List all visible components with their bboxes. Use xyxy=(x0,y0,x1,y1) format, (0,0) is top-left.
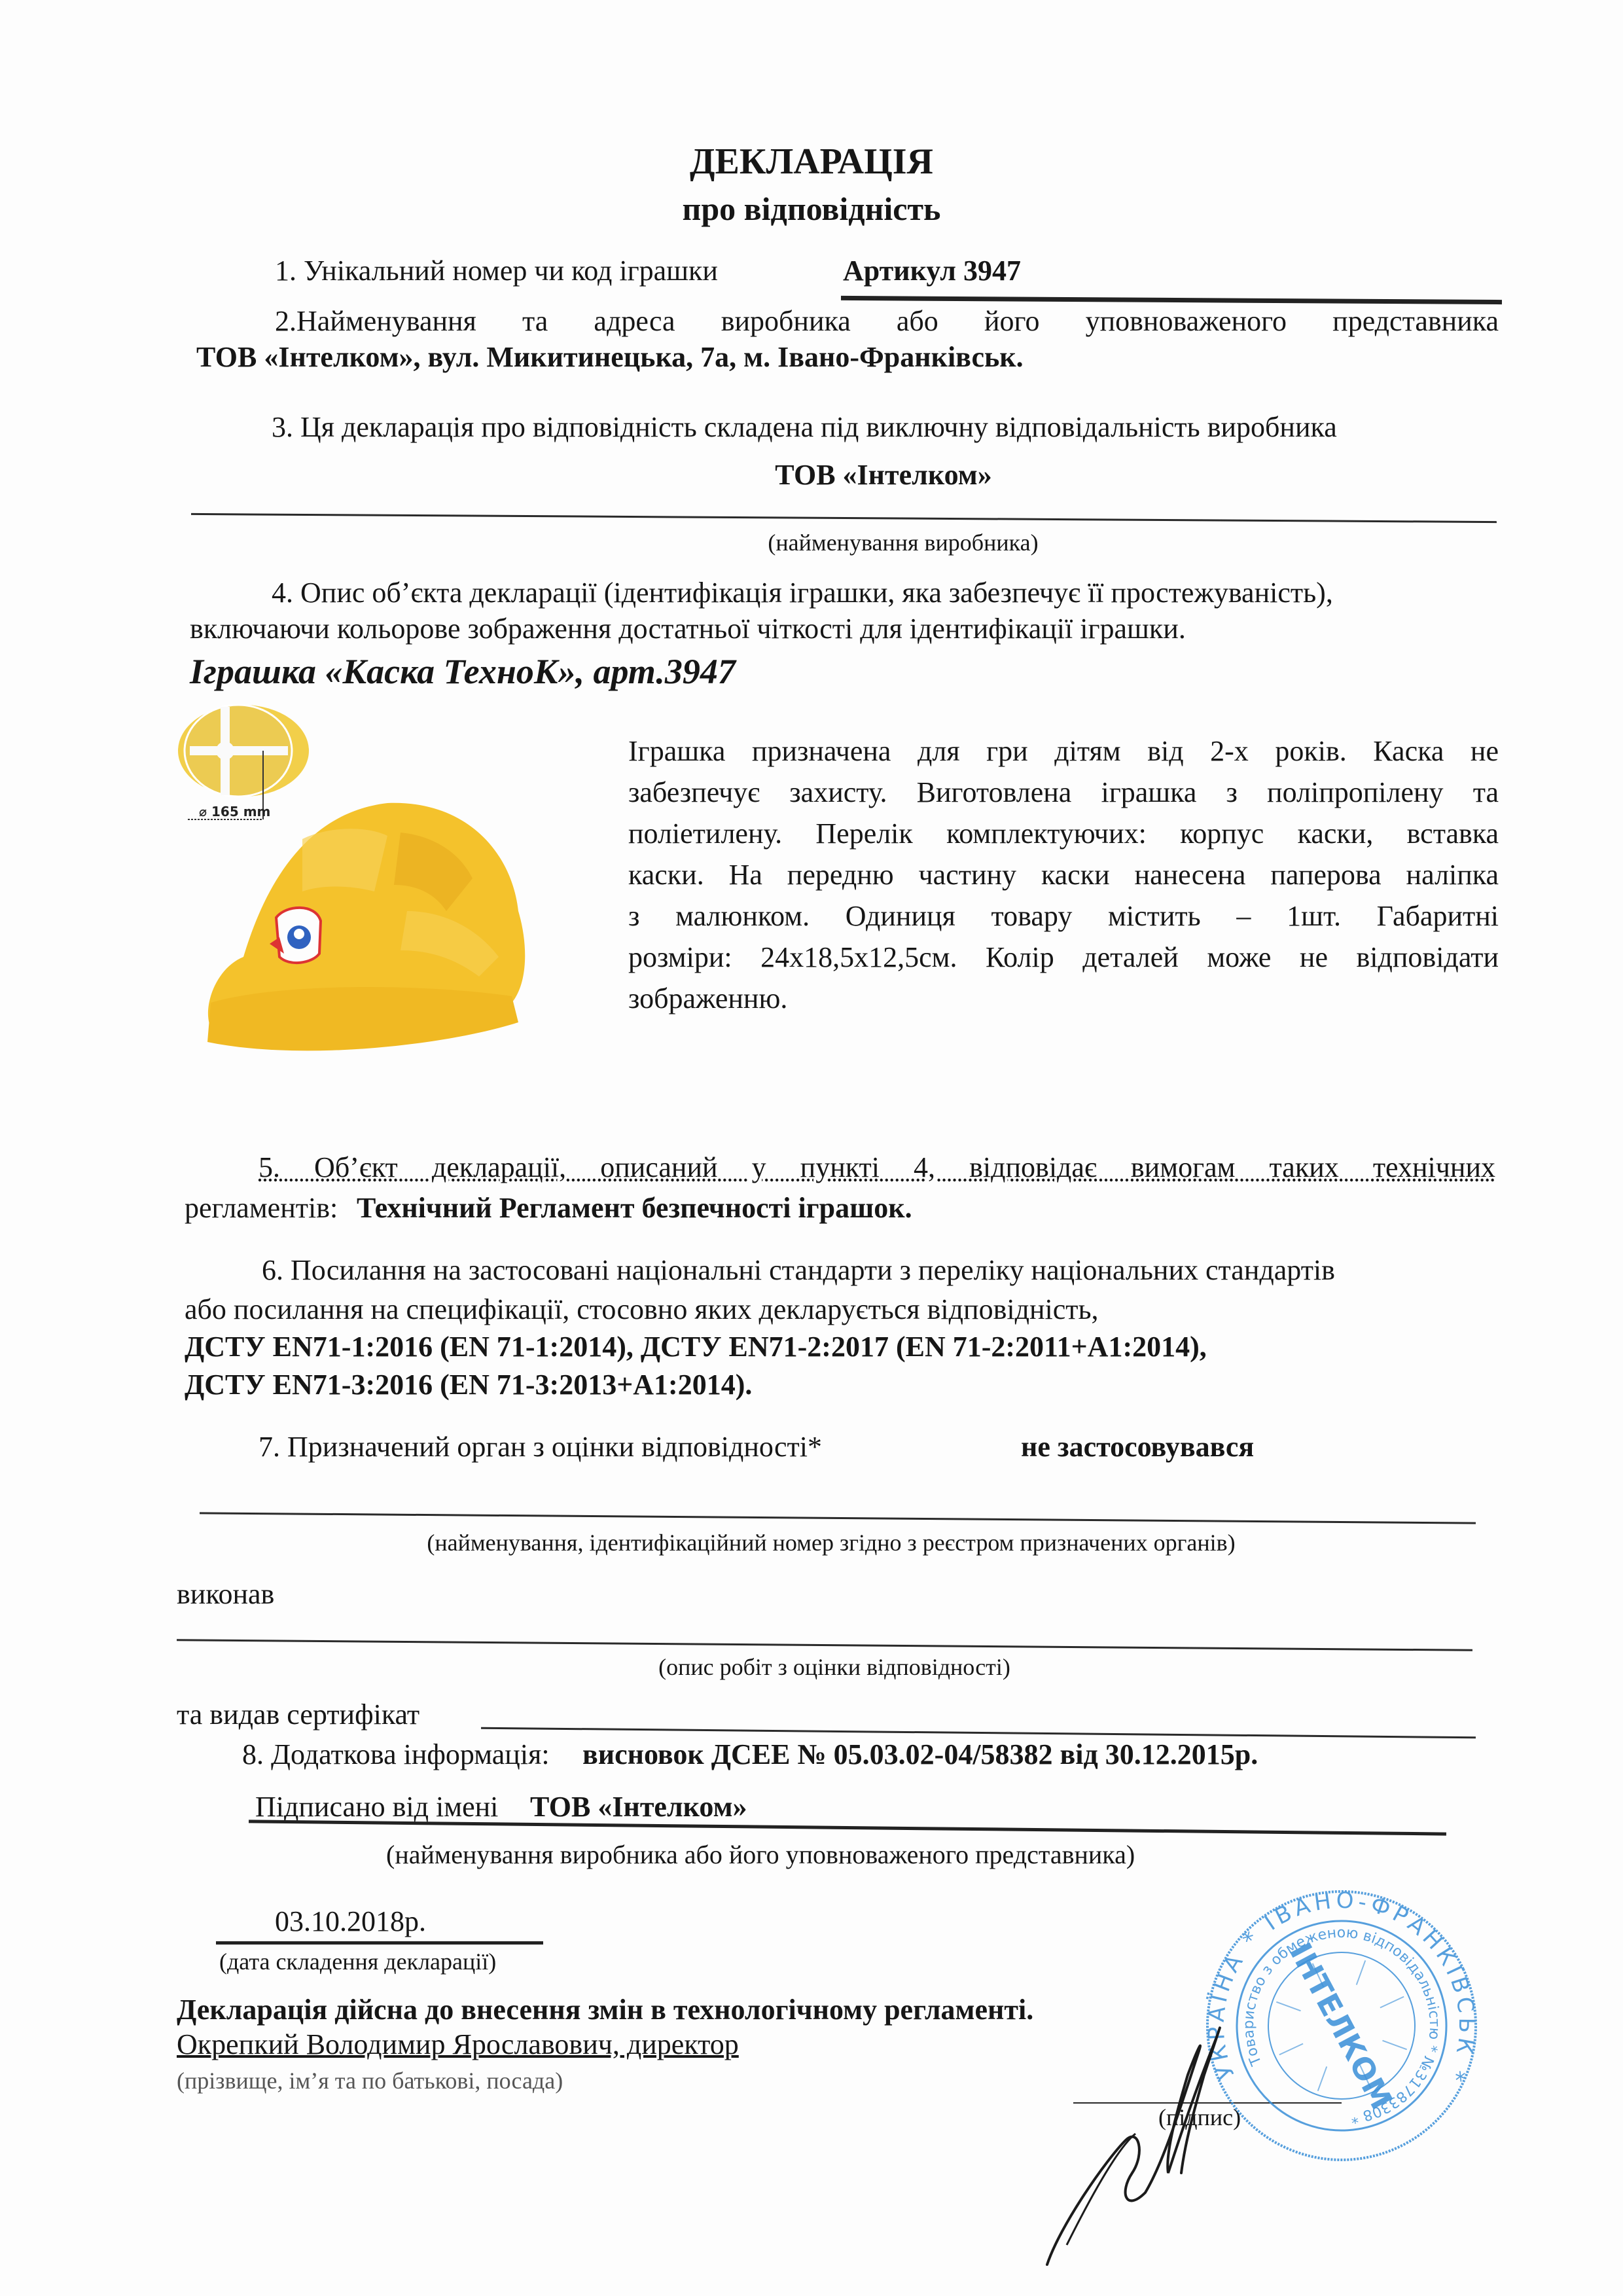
item7-certificate-label: та видав сертифікат xyxy=(177,1698,419,1732)
item7-caption2: (опис робіт з оцінки відповідності) xyxy=(0,1653,1623,1681)
item6-line2: або посилання на специфікації, стосовно … xyxy=(185,1293,1099,1327)
item5-prefix: регламентів: xyxy=(185,1191,338,1226)
helmet-illustration: ⌀ 165 mm xyxy=(171,695,603,1101)
item8-value: висновок ДСЕЕ № 05.03.02-04/58382 від 30… xyxy=(582,1738,1258,1772)
item2-label: 2.Найменування та адреса виробника або й… xyxy=(275,304,1499,339)
item3-caption: (найменування виробника) xyxy=(0,529,1623,556)
item6-standards-line2: ДСТУ EN71-3:2016 (EN 71-3:2013+A1:2014). xyxy=(185,1368,752,1403)
item7-underline1 xyxy=(200,1512,1476,1524)
product-title: Іграшка «Каска ТехноК», арт.3947 xyxy=(190,651,736,692)
description-line: розміри: 24х18,5х12,5см. Колір деталей м… xyxy=(628,937,1499,978)
product-description: Іграшка призначена для гри дітям від 2-х… xyxy=(628,730,1499,1019)
signatory-caption: (прізвище, ім’я та по батькові, посада) xyxy=(177,2067,563,2094)
item1-label: 1. Унікальний номер чи код іграшки xyxy=(275,254,718,289)
description-line: каски. На передню частину каски нанесена… xyxy=(628,854,1499,895)
signed-prefix: Підписано від імені xyxy=(255,1790,498,1825)
helmet-top-view xyxy=(178,705,309,819)
item3-label: 3. Ця декларація про відповідність склад… xyxy=(272,410,1337,445)
date-underline xyxy=(216,1941,543,1945)
description-line: Іграшка призначена для гри дітям від 2-х… xyxy=(628,730,1499,772)
item8-label: 8. Додаткова інформація: xyxy=(242,1738,550,1772)
item1-underline xyxy=(841,296,1502,304)
document-subtitle: про відповідність xyxy=(0,190,1623,228)
signatory-name: Окрепкий Володимир Ярославович, директор xyxy=(177,2028,739,2062)
item1-value: Артикул 3947 xyxy=(843,254,1021,289)
signed-underline xyxy=(249,1820,1446,1835)
item7-performed-label: виконав xyxy=(177,1577,274,1612)
declaration-date: 03.10.2018р. xyxy=(275,1905,426,1939)
document-title: ДЕКЛАРАЦІЯ xyxy=(0,141,1623,183)
item4-label-line1: 4. Опис об’єкта декларації (ідентифікаці… xyxy=(272,576,1333,611)
product-image: ⌀ 165 mm xyxy=(171,695,603,1101)
signed-company: ТОВ «Інтелком» xyxy=(530,1790,747,1825)
item7-underline2 xyxy=(177,1639,1472,1651)
dimension-label: ⌀ 165 mm xyxy=(199,804,270,819)
declaration-page: ДЕКЛАРАЦІЯ про відповідність 1. Унікальн… xyxy=(0,0,1623,2296)
helmet-main-view xyxy=(207,803,525,1051)
item7-value: не застосовувався xyxy=(1021,1430,1254,1465)
item3-value: ТОВ «Інтелком» xyxy=(0,458,1623,493)
item6-standards-line1: ДСТУ EN71-1:2016 (EN 71-1:2014), ДСТУ EN… xyxy=(185,1330,1207,1365)
item4-label-line2: включаючи кольорове зображення достатньо… xyxy=(190,612,1186,647)
item6-line1: 6. Посилання на застосовані національні … xyxy=(262,1253,1335,1288)
item7-caption1: (найменування, ідентифікаційний номер зг… xyxy=(0,1529,1623,1556)
item5-line1: 5. Об’єкт декларації, описаний у пункті … xyxy=(259,1151,1495,1185)
item2-value: ТОВ «Інтелком», вул. Микитинецька, 7а, м… xyxy=(196,340,1024,375)
validity-note: Декларація дійсна до внесення змін в тех… xyxy=(177,1993,1033,2028)
description-line: поліетилену. Перелік комплектуючих: корп… xyxy=(628,813,1499,854)
date-caption: (дата складення декларації) xyxy=(219,1948,496,1975)
description-line: забезпечує захисту. Виготовлена іграшка … xyxy=(628,772,1499,813)
handwritten-signature xyxy=(1021,1977,1322,2278)
item7-certificate-underline xyxy=(481,1727,1476,1739)
signed-caption: (найменування виробника або його уповнов… xyxy=(386,1839,1135,1871)
description-line: з малюнком. Одиниця товару містить – 1шт… xyxy=(628,895,1499,937)
item3-underline xyxy=(191,513,1497,523)
item5-value: Технічний Регламент безпечності іграшок. xyxy=(357,1191,912,1226)
description-line: зображенню. xyxy=(628,978,1499,1019)
item7-label: 7. Призначений орган з оцінки відповідно… xyxy=(259,1430,822,1465)
